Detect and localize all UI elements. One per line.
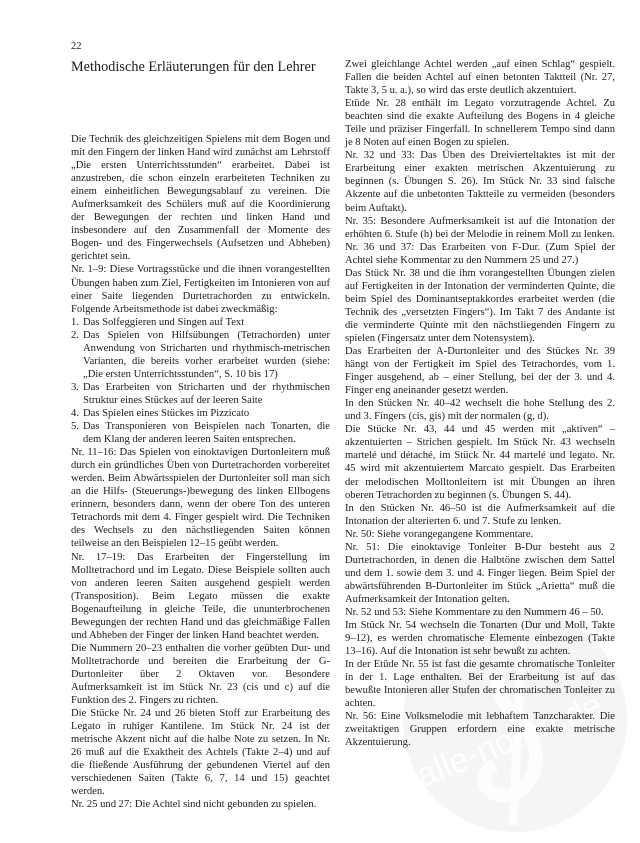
- method-list-item: 3.Das Erarbeiten von Stricharten und der…: [71, 381, 330, 407]
- paragraph-nr-38: Das Stück Nr. 38 und die ihm vorangestel…: [345, 267, 615, 345]
- list-number: 1.: [71, 316, 79, 329]
- list-number: 4.: [71, 407, 79, 420]
- method-list-item: 4.Das Spielen eines Stückes im Pizzicato: [71, 407, 330, 420]
- method-list-item: 1.Das Solfeggieren und Singen auf Text: [71, 316, 330, 329]
- paragraph-nr-35: Nr. 35: Besondere Aufmerksamkeit ist auf…: [345, 215, 615, 241]
- list-number: 5.: [71, 420, 79, 433]
- intro-paragraph: Die Technik des gleichzeitigen Spielens …: [71, 133, 330, 263]
- list-number: 3.: [71, 381, 79, 394]
- paragraph-nr-11-16: Nr. 11–16: Das Spielen von einoktavigen …: [71, 446, 330, 550]
- paragraph-nr-25-27: Nr. 25 und 27: Die Achtel sind nicht geb…: [71, 798, 330, 811]
- paragraph-nr-24-26: Die Stücke Nr. 24 und 26 bieten Stoff zu…: [71, 707, 330, 798]
- paragraph-nr-55: In der Etüde Nr. 55 ist fast die gesamte…: [345, 658, 615, 710]
- paragraph-nr-52-53: Nr. 52 und 53: Siehe Kommentare zu den N…: [345, 606, 615, 619]
- paragraph-nr-46-50: In den Stücken Nr. 46–50 ist die Aufmerk…: [345, 502, 615, 528]
- paragraph-nr-39: Das Erarbeiten der A-Durtonleiter und de…: [345, 345, 615, 397]
- paragraph-nr-40-42: In den Stücken Nr. 40–42 wechselt die ho…: [345, 397, 615, 423]
- list-text: Das Solfeggieren und Singen auf Text: [83, 317, 244, 328]
- list-text: Das Spielen von Hilfsübungen (Tetrachord…: [83, 330, 330, 380]
- list-text: Das Spielen eines Stückes im Pizzicato: [83, 408, 249, 419]
- method-list-item: 5.Das Transponieren von Beispielen nach …: [71, 420, 330, 446]
- paragraph-nr-1-9: Nr. 1–9: Diese Vortragsstücke und die ih…: [71, 263, 330, 315]
- paragraph-nr-56: Nr. 56: Eine Volksmelodie mit lebhaftem …: [345, 710, 615, 749]
- paragraph-nr-32-33: Nr. 32 und 33: Das Üben des Dreiviertelt…: [345, 149, 615, 214]
- paragraph-nr-17-19: Nr. 17–19: Das Erarbeiten der Fingerstel…: [71, 551, 330, 642]
- paragraph-nr-43-45: Die Stücke Nr. 43, 44 und 45 werden mit …: [345, 423, 615, 501]
- list-text: Das Transponieren von Beispielen nach To…: [83, 421, 330, 445]
- paragraph-nr-50: Nr. 50: Siehe vorangegangene Kommentare.: [345, 528, 615, 541]
- paragraph-achtel: Zwei gleichlange Achtel werden „auf eine…: [345, 58, 615, 97]
- paragraph-nr-51: Nr. 51: Die einoktavige Tonleiter B-Dur …: [345, 541, 615, 606]
- method-list-item: 2.Das Spielen von Hilfsübungen (Tetracho…: [71, 329, 330, 381]
- right-column: Zwei gleichlange Achtel werden „auf eine…: [345, 58, 615, 749]
- page-title: Methodische Erläuterungen für den Lehrer: [71, 58, 316, 76]
- method-list: 1.Das Solfeggieren und Singen auf Text 2…: [71, 316, 330, 446]
- list-text: Das Erarbeiten von Stricharten und der r…: [83, 382, 330, 406]
- list-number: 2.: [71, 329, 79, 342]
- paragraph-nr-36-37: Nr. 36 und 37: Das Erarbeiten von F-Dur.…: [345, 241, 615, 267]
- left-column: Die Technik des gleichzeitigen Spielens …: [71, 133, 330, 811]
- page-number: 22: [71, 41, 82, 53]
- paragraph-nr-20-23: Die Nummern 20–23 enthalten die vorher g…: [71, 642, 330, 707]
- paragraph-nr-28: Etüde Nr. 28 enthält im Legato vorzutrag…: [345, 97, 615, 149]
- paragraph-nr-54: Im Stück Nr. 54 wechseln die Tonarten (D…: [345, 619, 615, 658]
